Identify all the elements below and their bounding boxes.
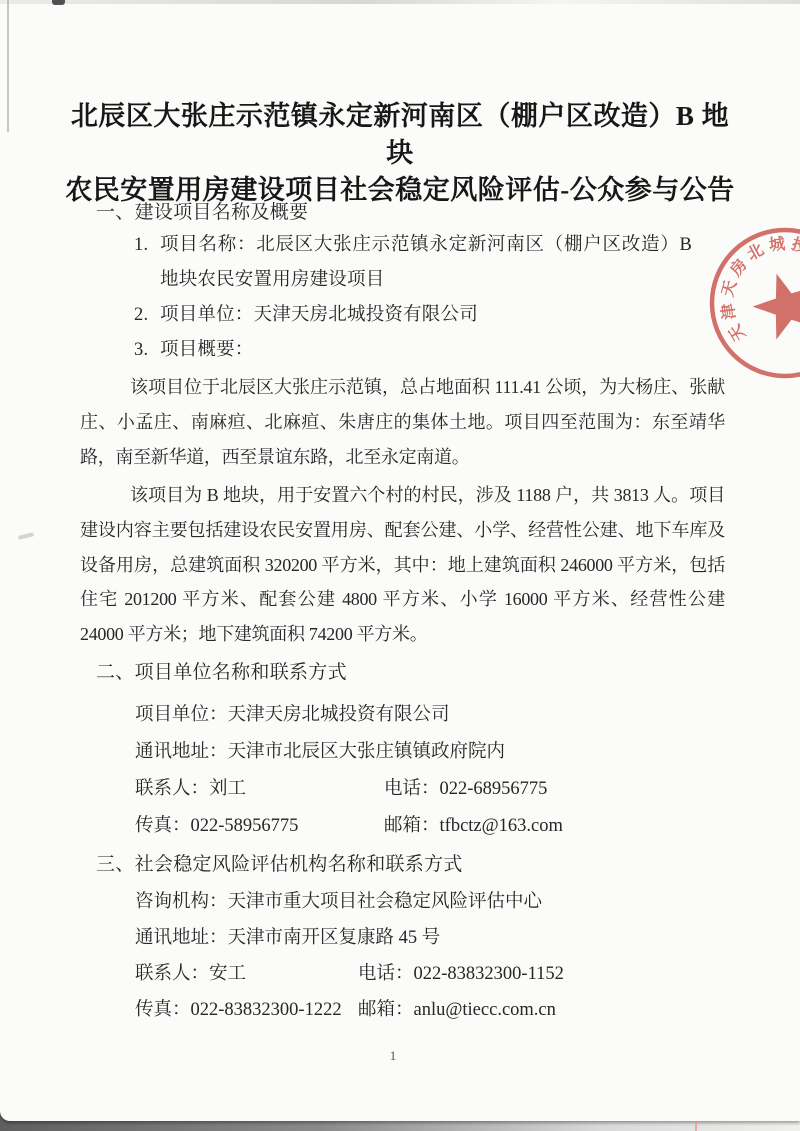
field-label: 邮箱： [358,1000,414,1020]
section3-heading: 三、社会稳定风险评估机构名称和联系方式 [96,852,736,878]
project-scale-paragraph: 该项目为 B 地块，用于安置六个村的村民，涉及 1188 户，共 3813 人。… [80,478,725,652]
star-icon [745,263,800,343]
contact-row-right: 邮箱：anlu@tiecc.com.cn [358,992,556,1028]
field-label: 咨询机构： [135,892,228,912]
field-value: 022-58956775 [191,816,299,836]
field-value: 022-83832300-1222 [191,1000,342,1020]
contact-row: 传真：022-58956775 邮箱：tfbctz@163.com [135,808,735,845]
contact-row: 咨询机构：天津市重大项目社会稳定风险评估中心 [135,884,735,920]
field-label: 传真： [135,816,191,836]
title-line-1: 北辰区大张庄示范镇永定新河南区（棚户区改造）B 地块 [60,98,740,172]
field-label: 通讯地址： [135,928,228,948]
list-item-text: 项目概要： [160,333,254,368]
list-item-number: 2. [134,298,148,333]
contact-row: 通讯地址：天津市北辰区大张庄镇镇政府院内 [135,734,735,771]
list-item-text: 项目单位：天津天房北城投资有限公司 [160,298,478,333]
field-label: 邮箱： [384,816,440,836]
field-value: 天津市北辰区大张庄镇镇政府院内 [228,742,506,762]
scan-mark-top [52,0,65,5]
contact-row: 项目单位：天津天房北城投资有限公司 [135,697,735,734]
field-value: 安工 [209,964,246,984]
section2-heading: 二、项目单位名称和联系方式 [96,660,736,686]
field-value: tfbctz@163.com [440,816,563,836]
field-value: 天津天房北城投资有限公司 [228,705,450,725]
field-value: 刘工 [209,779,246,799]
contact-row-right: 电话：022-83832300-1152 [358,956,564,992]
scan-line-left [7,0,9,132]
contact-row: 联系人：安工 电话：022-83832300-1152 [135,956,735,992]
document-title: 北辰区大张庄示范镇永定新河南区（棚户区改造）B 地块 农民安置用房建设项目社会稳… [60,98,740,209]
list-item-text: 项目名称：北辰区大张庄示范镇永定新河南区（棚户区改造）B 地块农民安置用房建设项… [160,228,692,298]
contact-row-right: 邮箱：tfbctz@163.com [384,808,563,845]
section2-contact-rows: 项目单位：天津天房北城投资有限公司 通讯地址：天津市北辰区大张庄镇镇政府院内 联… [135,697,735,845]
field-label: 联系人： [135,964,209,984]
field-value: anlu@tiecc.com.cn [414,1000,556,1020]
field-label: 联系人： [135,779,209,799]
scan-smudge-top [0,0,800,4]
document-page: 北辰区大张庄示范镇永定新河南区（棚户区改造）B 地块 农民安置用房建设项目社会稳… [0,0,800,1121]
field-value: 天津市南开区复康路 45 号 [228,928,441,948]
project-location-paragraph: 该项目位于北辰区大张庄示范镇，总占地面积 111.41 公顷，为大杨庄、张献庄、… [80,370,725,474]
list-item: 3. 项目概要： [134,333,694,368]
scan-pink-artifact [695,1122,697,1131]
field-label: 项目单位： [135,705,228,725]
list-item-number: 1. [134,228,148,263]
section1-list: 1. 项目名称：北辰区大张庄示范镇永定新河南区（棚户区改造）B 地块农民安置用房… [134,228,694,368]
field-value: 022-68956775 [440,779,548,799]
field-label: 通讯地址： [135,742,228,762]
field-label: 电话： [358,964,414,984]
page-number: 1 [0,1048,786,1064]
list-item-number: 3. [134,333,148,368]
field-label: 传真： [135,1000,191,1020]
contact-row-right: 电话：022-68956775 [384,771,547,808]
contact-row: 联系人：刘工 电话：022-68956775 [135,771,735,808]
company-seal-stamp: 天津天房北城投资有限公司 [676,198,800,412]
section3-contact-rows: 咨询机构：天津市重大项目社会稳定风险评估中心 通讯地址：天津市南开区复康路 45… [135,884,735,1028]
field-label: 电话： [384,779,440,799]
scan-smudge-left [18,532,34,540]
list-item: 2. 项目单位：天津天房北城投资有限公司 [134,298,694,333]
contact-row: 传真：022-83832300-1222 邮箱：anlu@tiecc.com.c… [135,992,735,1028]
contact-row: 通讯地址：天津市南开区复康路 45 号 [135,920,735,956]
list-item: 1. 项目名称：北辰区大张庄示范镇永定新河南区（棚户区改造）B 地块农民安置用房… [134,228,694,298]
field-value: 天津市重大项目社会稳定风险评估中心 [228,892,543,912]
section1-heading: 一、建设项目名称及概要 [96,200,736,226]
field-value: 022-83832300-1152 [414,964,564,984]
